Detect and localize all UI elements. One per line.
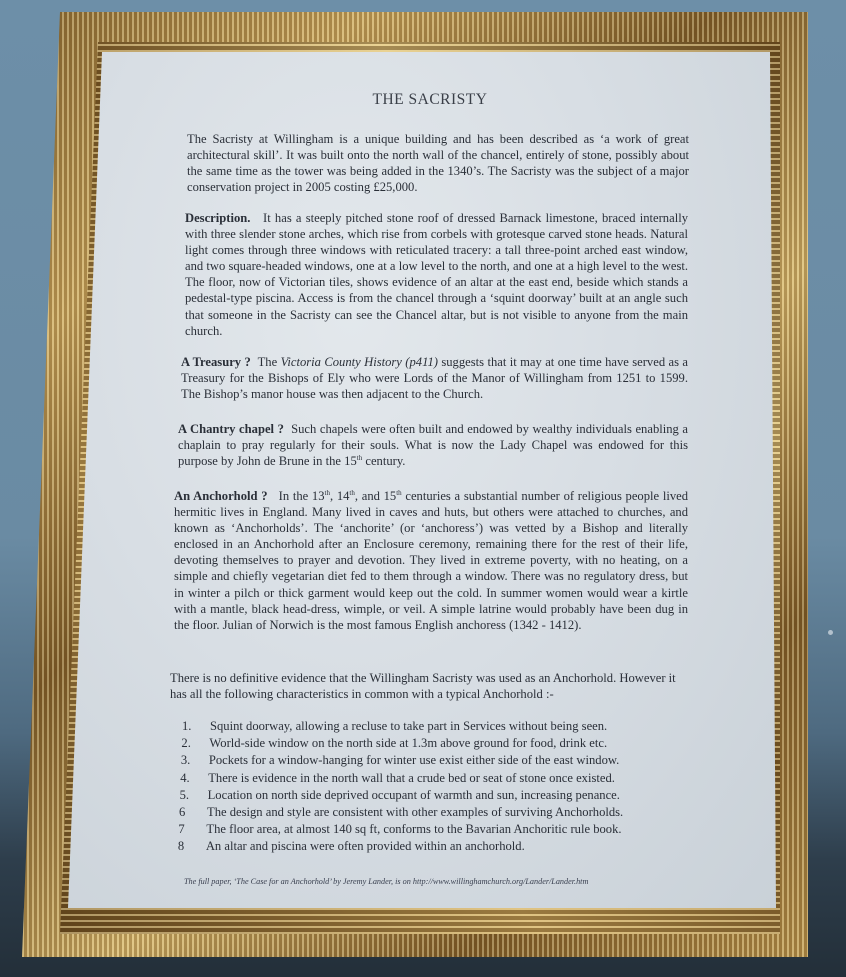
list-text: Squint doorway, allowing a recluse to ta… [210, 718, 607, 735]
anchorhold-heading: An Anchorhold ? [174, 489, 268, 503]
treasury-paragraph: A Treasury ? The Victoria County History… [181, 354, 688, 402]
treasury-text: The [258, 355, 278, 369]
intro-paragraph: The Sacristy at Willingham is a unique b… [187, 131, 689, 195]
description-heading: Description. [185, 211, 250, 225]
list-number: 5. [180, 787, 208, 804]
anchorhold-text: centuries a substantial number of religi… [174, 489, 688, 632]
list-item: 4.There is evidence in the north wall th… [180, 770, 702, 787]
list-number: 1. [182, 718, 210, 735]
anchorhold-text: In the 13 [279, 489, 325, 503]
list-item: 7The floor area, at almost 140 sq ft, co… [178, 821, 702, 838]
list-item: 5.Location on north side deprived occupa… [180, 787, 702, 804]
list-number: 4. [180, 770, 208, 787]
list-text: Location on north side deprived occupant… [208, 787, 620, 804]
list-text: The design and style are consistent with… [207, 804, 623, 821]
list-item: 3.Pockets for a window-hanging for winte… [181, 752, 702, 769]
list-text: An altar and piscina were often provided… [206, 838, 525, 855]
list-text: Pockets for a window-hanging for winter … [209, 752, 619, 769]
page-title: THE SACRISTY [0, 91, 846, 109]
list-text: World-side window on the north side at 1… [209, 735, 607, 752]
ordinal-suffix: th [357, 454, 362, 462]
anchorhold-text: , 14 [330, 489, 349, 503]
treasury-heading: A Treasury ? [181, 355, 251, 369]
list-item: 2.World-side window on the north side at… [181, 735, 702, 752]
list-item: 6The design and style are consistent wit… [179, 804, 702, 821]
citation: Victoria County History (p411) [281, 355, 438, 369]
list-item: 1.Squint doorway, allowing a recluse to … [182, 718, 702, 735]
chantry-text: century. [365, 454, 405, 468]
list-number: 2. [181, 735, 209, 752]
list-number: 3. [181, 752, 209, 769]
list-number: 6 [179, 804, 207, 821]
description-paragraph: Description. It has a steeply pitched st… [185, 210, 688, 339]
anchorhold-paragraph: An Anchorhold ? In the 13th, 14th, and 1… [174, 488, 688, 633]
description-text: It has a steeply pitched stone roof of d… [185, 211, 688, 338]
list-text: The floor area, at almost 140 sq ft, con… [206, 821, 621, 838]
characteristics-list: 1.Squint doorway, allowing a recluse to … [182, 718, 702, 856]
notice-content: THE SACRISTY The Sacristy at Willingham … [0, 0, 846, 977]
chantry-heading: A Chantry chapel ? [178, 422, 284, 436]
footer-citation: The full paper, ‘The Case for an Anchorh… [184, 877, 704, 886]
list-number: 8 [178, 838, 206, 855]
chantry-paragraph: A Chantry chapel ? Such chapels were oft… [178, 421, 688, 469]
list-number: 7 [178, 821, 206, 838]
anchorhold-text: , and 15 [355, 489, 396, 503]
evidence-intro: There is no definitive evidence that the… [170, 670, 690, 702]
list-text: There is evidence in the north wall that… [208, 770, 615, 787]
list-item: 8An altar and piscina were often provide… [178, 838, 702, 855]
